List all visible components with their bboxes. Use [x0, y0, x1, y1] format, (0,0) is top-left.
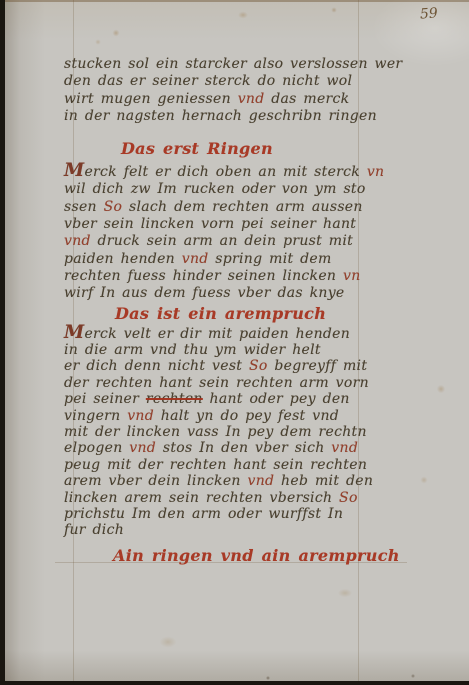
rubricated-word: vnd — [331, 440, 358, 456]
manuscript-line: mit der lincken vass In pey dem rechtn — [64, 424, 416, 440]
rubricated-word: vn — [367, 164, 385, 180]
manuscript-line: er dich denn nicht vest So begreyff mit — [64, 358, 416, 374]
manuscript-line: arem vber dein lincken vnd heb mit den — [64, 473, 416, 489]
manuscript-line: vber sein lincken vorn pei seiner hant — [64, 216, 416, 233]
paragraph: Merck felt er dich oben an mit sterck vn… — [64, 162, 416, 302]
manuscript-line: pei seiner rechten hant oder pey den — [64, 391, 416, 407]
manuscript-line: stucken sol ein starcker also verslossen… — [64, 56, 416, 73]
rubricated-word: vnd — [248, 473, 275, 489]
rubricated-word: vnd — [64, 233, 91, 249]
manuscript-line: fur dich — [64, 522, 416, 538]
manuscript-line: ssen So slach dem rechten arm aussen — [64, 199, 416, 216]
manuscript-photo: 59 stucken sol ein starcker also verslos… — [0, 0, 469, 685]
photo-edge-top — [0, 0, 469, 2]
manuscript-line: rechten fuess hinder seinen lincken vn — [64, 268, 416, 285]
manuscript-line: in der nagsten hernach geschribn ringen — [64, 108, 416, 125]
rubricated-word: vnd — [238, 91, 265, 107]
manuscript-line: vnd druck sein arm an dein prust mit — [64, 233, 416, 250]
rubricated-word: vnd — [127, 408, 154, 424]
rubric-heading: Das erst Ringen — [121, 138, 416, 160]
manuscript-line: peug mit der rechten hant sein rechten — [64, 457, 416, 473]
text-block: stucken sol ein starcker also verslossen… — [64, 56, 416, 567]
manuscript-line: wirf In aus dem fuess vber das knye — [64, 285, 416, 302]
manuscript-line: in die arm vnd thu ym wider helt — [64, 342, 416, 358]
rubricated-word: vn — [343, 268, 361, 284]
manuscript-line: Merck felt er dich oben an mit sterck vn — [64, 162, 416, 181]
rubricated-word: So — [249, 358, 268, 374]
rubricated-word: vnd — [129, 440, 156, 456]
photo-edge-bottom — [0, 681, 469, 685]
manuscript-line: Merck velt er dir mit paiden henden — [64, 325, 416, 342]
photo-edge-left — [0, 0, 5, 685]
rubric-heading: Ain ringen vnd ain arempruch — [113, 545, 416, 567]
strikethrough-word: rechten — [146, 391, 203, 407]
folio-number: 59 — [419, 5, 438, 22]
paragraph: Merck velt er dir mit paiden hendenin di… — [64, 325, 416, 539]
manuscript-line: wil dich zw Im rucken oder von ym sto — [64, 181, 416, 198]
rubric-heading: Das ist ein arempruch — [115, 303, 416, 325]
manuscript-line: prichstu Im den arm oder wurffst In — [64, 506, 416, 522]
manuscript-line: paiden henden vnd spring mit dem — [64, 251, 416, 268]
paragraph: stucken sol ein starcker also verslossen… — [64, 56, 416, 125]
rubricated-word: So — [339, 490, 358, 506]
manuscript-line: den das er seiner sterck do nicht wol — [64, 73, 416, 90]
manuscript-line: der rechten hant sein rechten arm vorn — [64, 375, 416, 391]
manuscript-line: wirt mugen geniessen vnd das merck — [64, 91, 416, 108]
rubricated-word: So — [104, 199, 123, 215]
manuscript-line: lincken arem sein rechten vbersich So — [64, 490, 416, 506]
rubricated-word: vnd — [182, 251, 209, 267]
manuscript-line: vingern vnd halt yn do pey fest vnd — [64, 408, 416, 424]
manuscript-line: elpogen vnd stos In den vber sich vnd — [64, 440, 416, 456]
